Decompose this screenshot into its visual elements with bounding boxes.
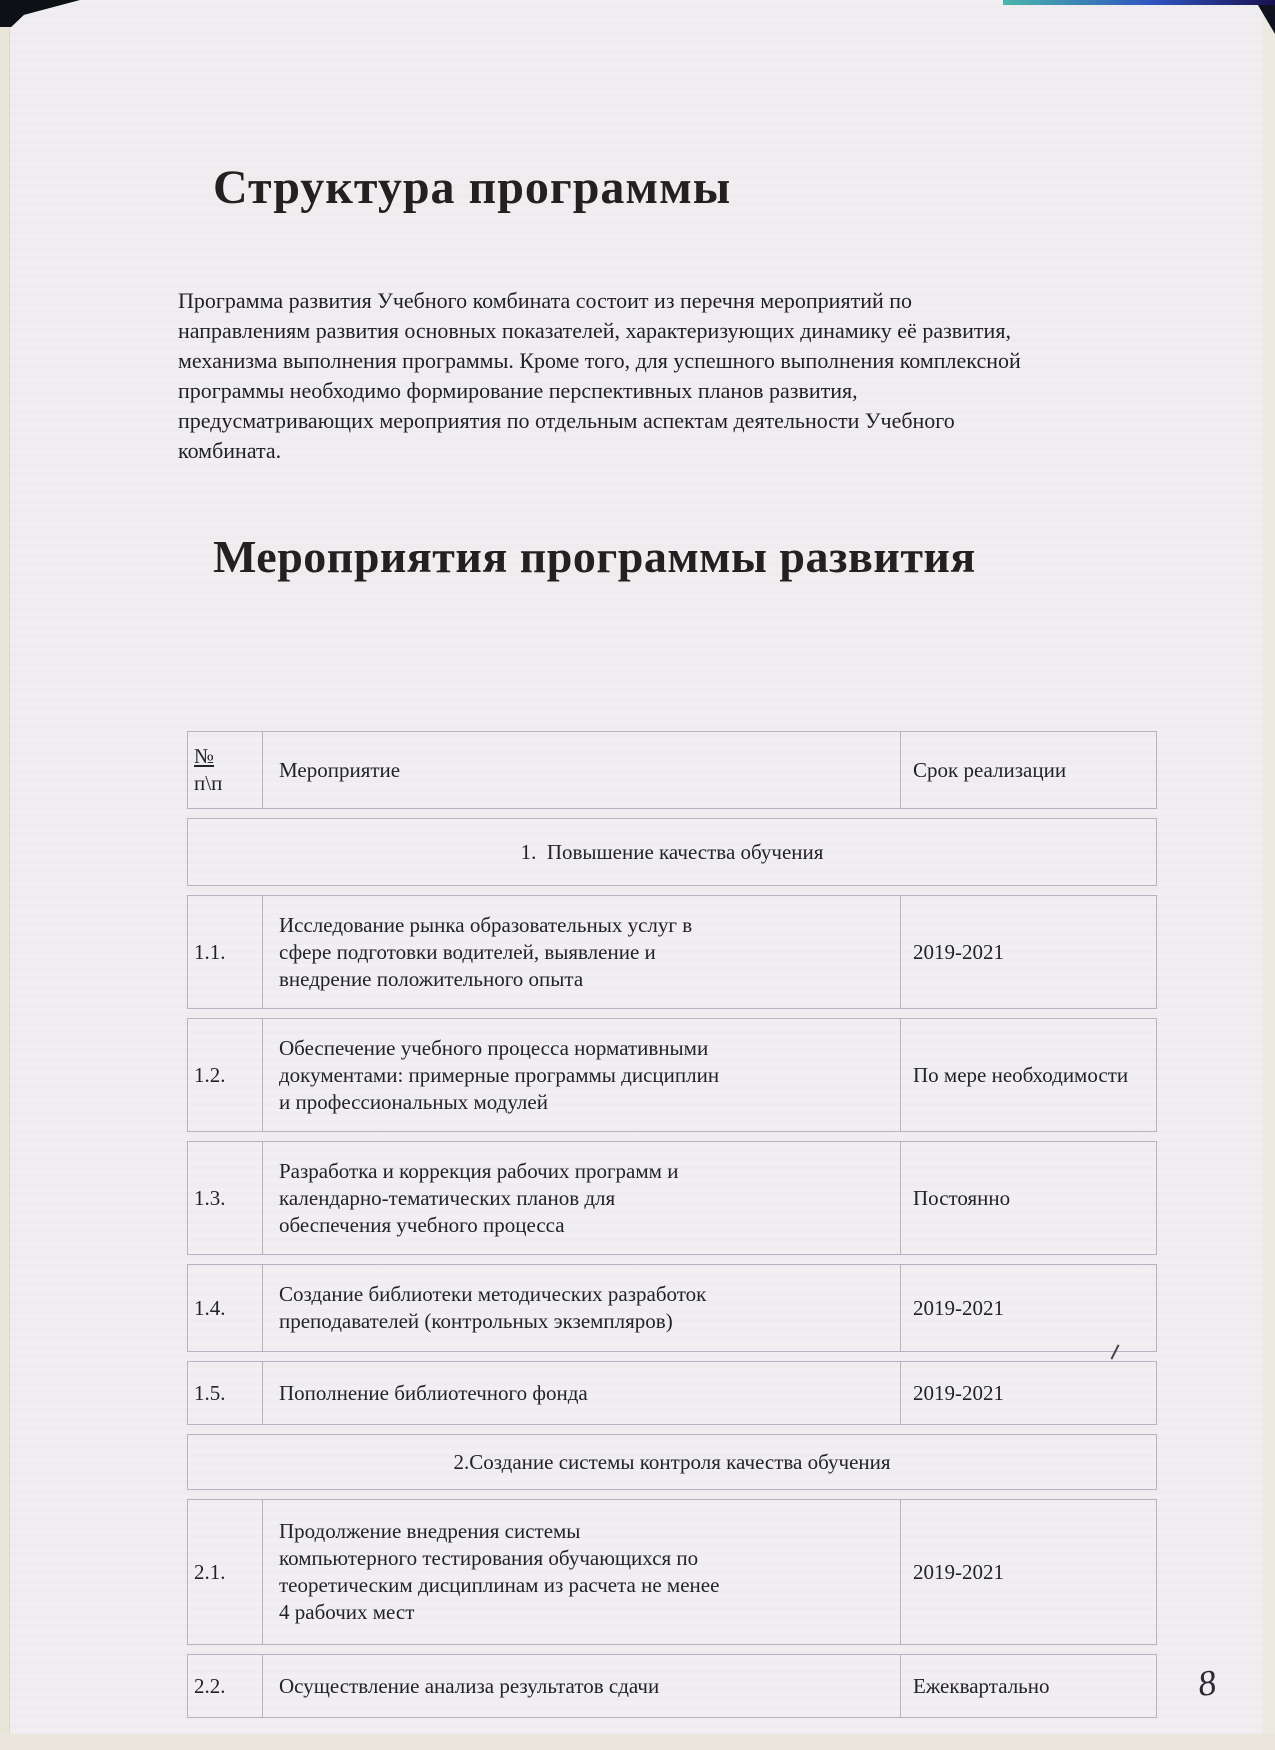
row-num-cell: 1.1. xyxy=(187,895,263,1009)
table-row-1-3: 1.3. Разработка и коррекция рабочих прог… xyxy=(187,1141,1157,1255)
row-num-cell: 1.4. xyxy=(187,1264,263,1352)
table-row-2-1: 2.1. Продолжение внедрения системы компь… xyxy=(187,1499,1157,1645)
row-term-cell: По мере необходимости xyxy=(901,1018,1157,1132)
activities-table: № п\п Мероприятие Срок реализации 1. Пов… xyxy=(187,722,1157,1727)
row-num-cell: 1.3. xyxy=(187,1141,263,1255)
table-row-1-4: 1.4. Создание библиотеки методических ра… xyxy=(187,1264,1157,1352)
handwritten-page-number: 8 xyxy=(1195,1661,1219,1705)
row-activity-cell: Продолжение внедрения системы компьютерн… xyxy=(263,1499,901,1645)
row-activity-cell: Обеспечение учебного процесса нормативны… xyxy=(263,1018,901,1132)
table-row-1-1: 1.1. Исследование рынка образовательных … xyxy=(187,895,1157,1009)
row-num-cell: 1.2. xyxy=(187,1018,263,1132)
page-title: Структура программы xyxy=(213,160,731,215)
row-term-cell: 2019-2021 xyxy=(901,895,1157,1009)
section-row-2: 2.Создание системы контроля качества обу… xyxy=(187,1434,1157,1490)
table-row-2-2: 2.2. Осуществление анализа результатов с… xyxy=(187,1654,1157,1718)
header-activity-cell: Мероприятие xyxy=(263,731,901,809)
activities-heading: Мероприятия программы развития xyxy=(213,530,976,583)
row-term-cell: 2019-2021 xyxy=(901,1264,1157,1352)
row-num-cell: 2.2. xyxy=(187,1654,263,1718)
scan-edge-right xyxy=(1263,0,1275,1750)
header-num-sub: п\п xyxy=(194,771,222,795)
row-activity-cell: Осуществление анализа результатов сдачи xyxy=(263,1654,901,1718)
section-row-1: 1. Повышение качества обучения xyxy=(187,818,1157,886)
scan-edge-bottom xyxy=(0,1734,1275,1750)
activities-table-container: № п\п Мероприятие Срок реализации 1. Пов… xyxy=(187,722,1157,1727)
header-term-cell: Срок реализации xyxy=(901,731,1157,809)
section-2-title: 2.Создание системы контроля качества обу… xyxy=(187,1434,1157,1490)
row-num-cell: 1.5. xyxy=(187,1361,263,1425)
row-activity-cell: Пополнение библиотечного фонда xyxy=(263,1361,901,1425)
row-term-cell: Постоянно xyxy=(901,1141,1157,1255)
row-activity-cell: Исследование рынка образовательных услуг… xyxy=(263,895,901,1009)
scan-artifact-top-gradient xyxy=(1003,0,1275,5)
header-num-symbol: № xyxy=(194,744,214,768)
table-header-row: № п\п Мероприятие Срок реализации xyxy=(187,731,1157,809)
row-term-cell: 2019-2021 xyxy=(901,1499,1157,1645)
scanned-document-page: Структура программы Программа развития У… xyxy=(0,0,1275,1750)
section-1-title: 1. Повышение качества обучения xyxy=(187,818,1157,886)
row-activity-cell: Создание библиотеки методических разрабо… xyxy=(263,1264,901,1352)
row-activity-cell: Разработка и коррекция рабочих программ … xyxy=(263,1141,901,1255)
row-num-cell: 2.1. xyxy=(187,1499,263,1645)
table-row-1-5: 1.5. Пополнение библиотечного фонда 2019… xyxy=(187,1361,1157,1425)
intro-paragraph: Программа развития Учебного комбината со… xyxy=(178,286,1058,466)
header-num-cell: № п\п xyxy=(187,731,263,809)
scan-artifact-top-left xyxy=(0,0,80,27)
row-term-cell: Ежеквартально xyxy=(901,1654,1157,1718)
row-term-cell: 2019-2021 xyxy=(901,1361,1157,1425)
table-row-1-2: 1.2. Обеспечение учебного процесса норма… xyxy=(187,1018,1157,1132)
scan-edge-left xyxy=(0,0,10,1750)
